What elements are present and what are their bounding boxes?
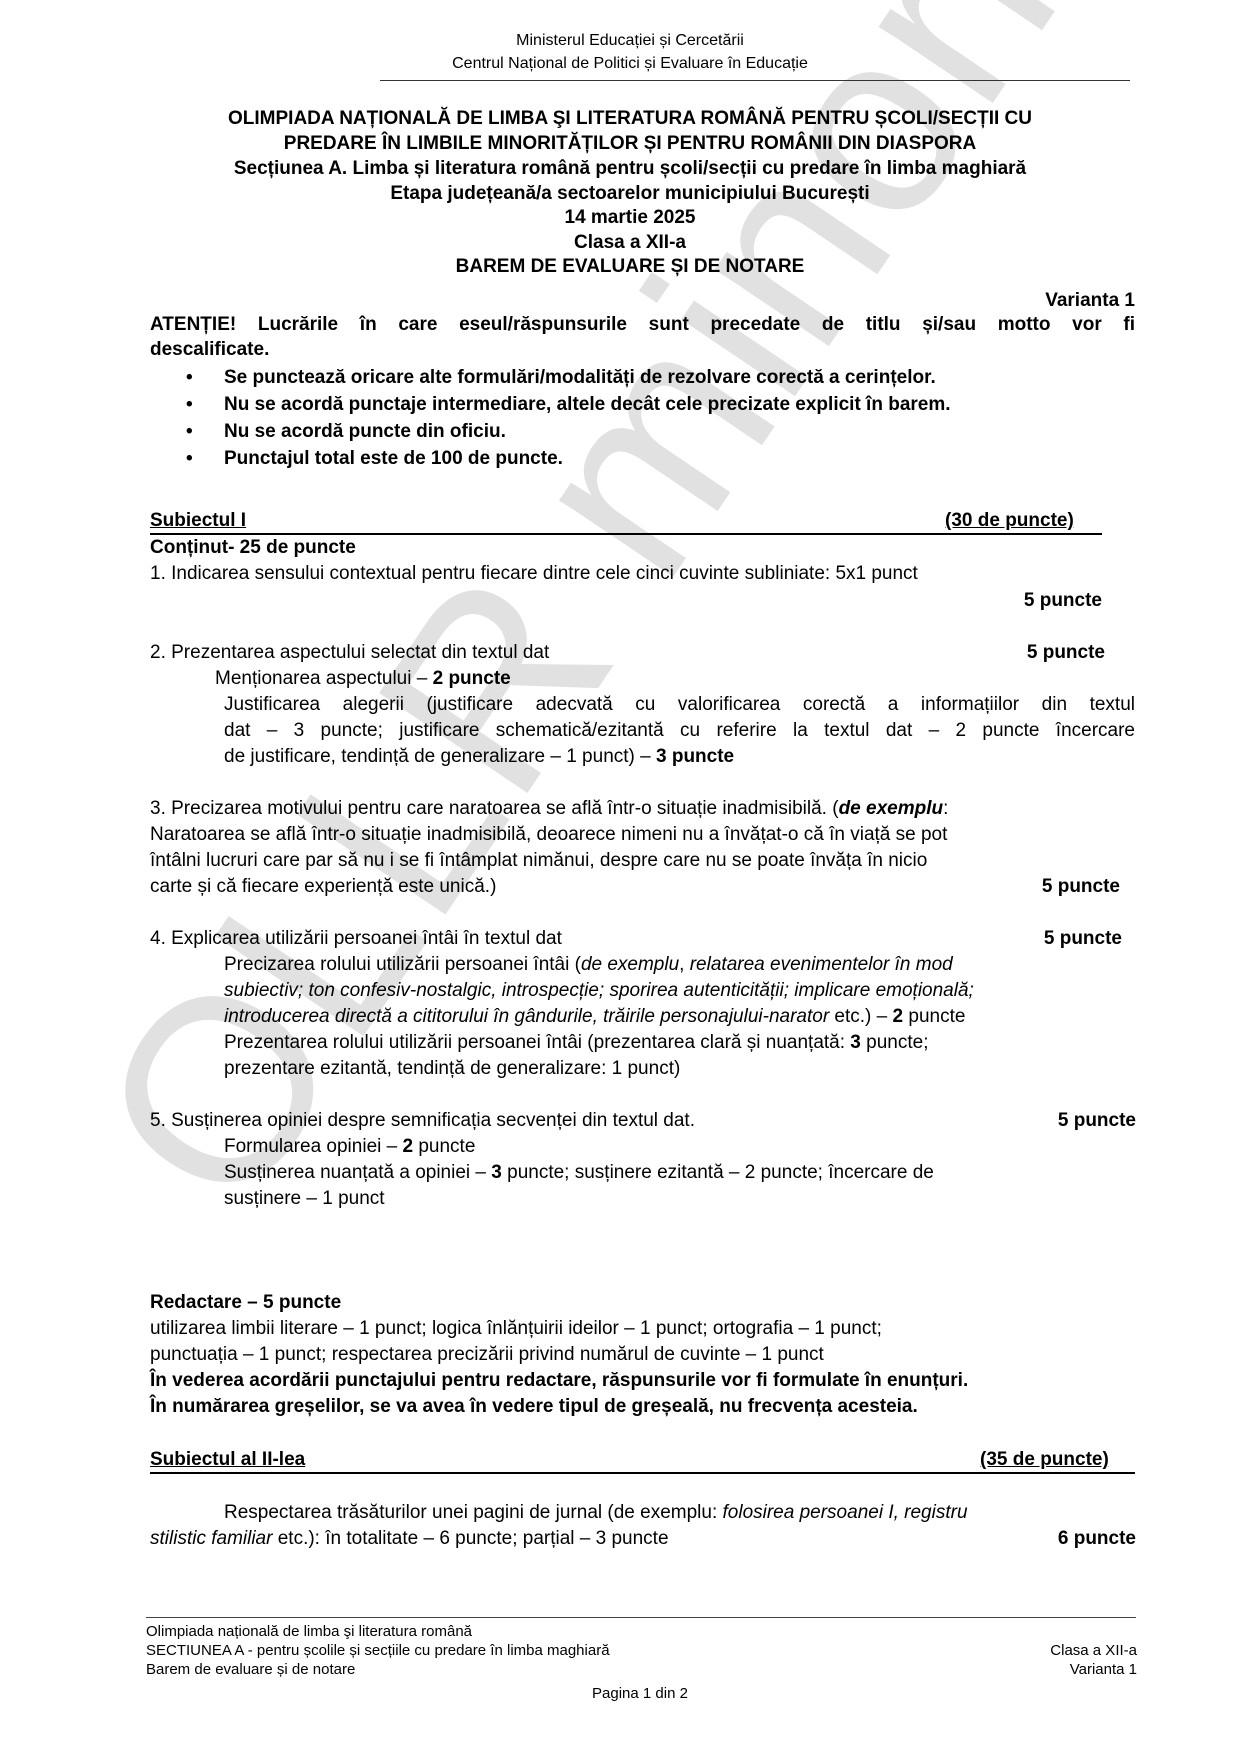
- item-5-sub-1: Formularea opiniei – 2 puncte: [224, 1136, 475, 1158]
- example-label: de exemplu: [839, 798, 944, 819]
- criterion-points: 2: [402, 1136, 413, 1157]
- subject-1-title: Subiectul I: [150, 510, 246, 532]
- page-number: Pagina 1 din 2: [540, 1685, 740, 1702]
- footer-line-2: SECTIUNEA A - pentru școlile și secțiile…: [146, 1642, 610, 1659]
- item-4-sub-2-line-1: Prezentarea rolului utilizării persoanei…: [224, 1032, 928, 1054]
- item-2-points: 5 puncte: [900, 642, 1105, 664]
- item-4-points: 5 puncte: [900, 928, 1122, 950]
- redactare-note-2: În numărarea greșelilor, se va avea în v…: [150, 1396, 918, 1418]
- item-3-points: 5 puncte: [900, 876, 1120, 898]
- item-1-points: 5 puncte: [900, 590, 1102, 612]
- item-3-line-2: Naratoarea se află într-o situație inadm…: [150, 824, 947, 846]
- item-2-sub-2-line-1: Justificarea alegerii (justificare adecv…: [224, 694, 1135, 716]
- variant-label: Varianta 1: [900, 290, 1135, 312]
- item-4-sub-1-line-1: Precizarea rolului utilizării persoanei …: [224, 954, 953, 976]
- bullet-icon: •: [186, 367, 193, 389]
- example-text: relatarea evenimentelor în mod: [690, 954, 953, 975]
- redactare-line-2: punctuația – 1 punct; respectarea preciz…: [150, 1344, 824, 1366]
- footer-variant: Varianta 1: [950, 1661, 1137, 1678]
- criterion-text: Precizarea rolului utilizării persoanei …: [224, 954, 581, 975]
- item-1-text: 1. Indicarea sensului contextual pentru …: [150, 563, 918, 585]
- subject-2-title: Subiectul al II-lea: [150, 1449, 305, 1471]
- redactare-line-1: utilizarea limbii literare – 1 punct; lo…: [150, 1318, 882, 1340]
- criterion-text: de justificare, tendință de generalizare…: [224, 746, 656, 767]
- criterion-text: etc.): în totalitate – 6 puncte; parțial…: [272, 1528, 668, 1549]
- criterion-text: puncte; susținere ezitantă – 2 puncte; î…: [502, 1162, 934, 1183]
- header-rule: [380, 80, 1130, 81]
- item-3-line-1: 3. Precizarea motivului pentru care nara…: [150, 798, 948, 820]
- class-title: Clasa a XII-a: [130, 232, 1130, 254]
- exam-date: 14 martie 2025: [130, 207, 1130, 229]
- criterion-text: Menționarea aspectului –: [215, 668, 433, 689]
- subject-1-points: (30 de puncte): [945, 510, 1074, 532]
- footer-line-1: Olimpiada națională de limba şi literatu…: [146, 1623, 472, 1640]
- ministry-name: Ministerul Educației și Cercetării: [330, 32, 930, 50]
- criterion-text: puncte: [903, 1006, 965, 1027]
- footer-line-3: Barem de evaluare și de notare: [146, 1661, 355, 1678]
- subject-2-item-points: 6 puncte: [900, 1528, 1136, 1550]
- example-text: introducerea directă a cititorului în gâ…: [224, 1006, 829, 1027]
- item-2-text: 2. Prezentarea aspectului selectat din t…: [150, 642, 549, 664]
- item-text: 3. Precizarea motivului pentru care nara…: [150, 798, 839, 819]
- example-text: stilistic familiar: [150, 1528, 272, 1549]
- rule-bullet-1: •Se punctează oricare alte formulări/mod…: [224, 367, 936, 389]
- item-text: :: [943, 798, 948, 819]
- rule-bullet-2: •Nu se acordă punctaje intermediare, alt…: [224, 394, 951, 416]
- criterion-text: Formularea opiniei –: [224, 1136, 402, 1157]
- criterion-text: puncte;: [861, 1032, 929, 1053]
- item-4-sub-1-line-3: introducerea directă a cititorului în gâ…: [224, 1006, 965, 1028]
- example-label: de exemplu: [581, 954, 679, 975]
- bullet-icon: •: [186, 448, 193, 470]
- subject-2-line-1: Respectarea trăsăturilor unei pagini de …: [224, 1502, 968, 1524]
- rule-text: Nu se acordă punctaje intermediare, alte…: [224, 394, 951, 415]
- criterion-text: Respectarea trăsăturilor unei pagini de …: [224, 1502, 723, 1523]
- example-text: folosirea persoanei I, registru: [723, 1502, 968, 1523]
- warning-line-2: descalificate.: [150, 339, 269, 361]
- rule-bullet-4: •Punctajul total este de 100 de puncte.: [224, 448, 563, 470]
- subject-2-line-2: stilistic familiar etc.): în totalitate …: [150, 1528, 669, 1550]
- redactare-note-1: În vederea acordării punctajului pentru …: [150, 1370, 968, 1392]
- item-3-line-3: întâlni lucruri care par să nu i se fi î…: [150, 850, 927, 872]
- criterion-points: 2 puncte: [433, 668, 511, 689]
- item-2-sub-2-line-2: dat – 3 puncte; justificare schematică/e…: [224, 720, 1135, 742]
- subject-2-points: (35 de puncte): [980, 1449, 1109, 1471]
- criterion-points: 3 puncte: [656, 746, 734, 767]
- criterion-points: 2: [893, 1006, 904, 1027]
- item-5-sub-2: Susținerea nuanțată a opiniei – 3 puncte…: [224, 1162, 934, 1184]
- stage-title: Etapa județeană/a sectoarelor municipiul…: [130, 183, 1130, 205]
- rule-text: Punctajul total este de 100 de puncte.: [224, 448, 563, 469]
- criterion-text: puncte: [413, 1136, 475, 1157]
- bullet-icon: •: [186, 421, 193, 443]
- document-type: BAREM DE EVALUARE ȘI DE NOTARE: [130, 256, 1130, 278]
- criterion-text: ,: [679, 954, 690, 975]
- warning-line-1: ATENȚIE! Lucrările în care eseul/răspuns…: [150, 314, 1135, 336]
- item-5-sub-3: susținere – 1 punct: [224, 1188, 385, 1210]
- item-2-sub-2-line-3: de justificare, tendință de generalizare…: [224, 746, 734, 768]
- criterion-text: Prezentarea rolului utilizării persoanei…: [224, 1032, 850, 1053]
- bullet-icon: •: [186, 394, 193, 416]
- rule-bullet-3: •Nu se acordă puncte din oficiu.: [224, 421, 506, 443]
- footer-class: Clasa a XII-a: [950, 1642, 1137, 1659]
- item-5-points: 5 puncte: [900, 1110, 1136, 1132]
- item-3-line-4: carte și că fiecare experiență este unic…: [150, 876, 496, 898]
- title-line-1: OLIMPIADA NAȚIONALĂ DE LIMBA ŞI LITERATU…: [130, 108, 1130, 130]
- criterion-points: 3: [491, 1162, 502, 1183]
- rule-text: Se punctează oricare alte formulări/moda…: [224, 367, 936, 388]
- item-4-text: 4. Explicarea utilizării persoanei întâi…: [150, 928, 562, 950]
- item-2-sub-1: Menționarea aspectului – 2 puncte: [215, 668, 511, 690]
- title-line-2: PREDARE ÎN LIMBILE MINORITĂȚILOR ȘI PENT…: [130, 133, 1130, 155]
- item-4-sub-2-line-2: prezentare ezitantă, tendință de general…: [224, 1058, 680, 1080]
- redactare-heading: Redactare – 5 puncte: [150, 1292, 341, 1314]
- item-5-text: 5. Susținerea opiniei despre semnificați…: [150, 1110, 695, 1132]
- criterion-points: 3: [850, 1032, 861, 1053]
- criterion-text: etc.) –: [829, 1006, 892, 1027]
- center-name: Centrul Național de Politici și Evaluare…: [330, 55, 930, 73]
- section-title: Secțiunea A. Limba și literatura română …: [130, 158, 1130, 180]
- subject-2-rule: [150, 1472, 1135, 1474]
- criterion-text: Susținerea nuanțată a opiniei –: [224, 1162, 491, 1183]
- subject-1-rule: [150, 533, 1102, 535]
- footer-rule: [146, 1617, 1136, 1618]
- item-4-sub-1-line-2: subiectiv; ton confesiv-nostalgic, intro…: [224, 980, 974, 1002]
- rule-text: Nu se acordă puncte din oficiu.: [224, 421, 506, 442]
- content-heading: Conținut- 25 de puncte: [150, 537, 356, 559]
